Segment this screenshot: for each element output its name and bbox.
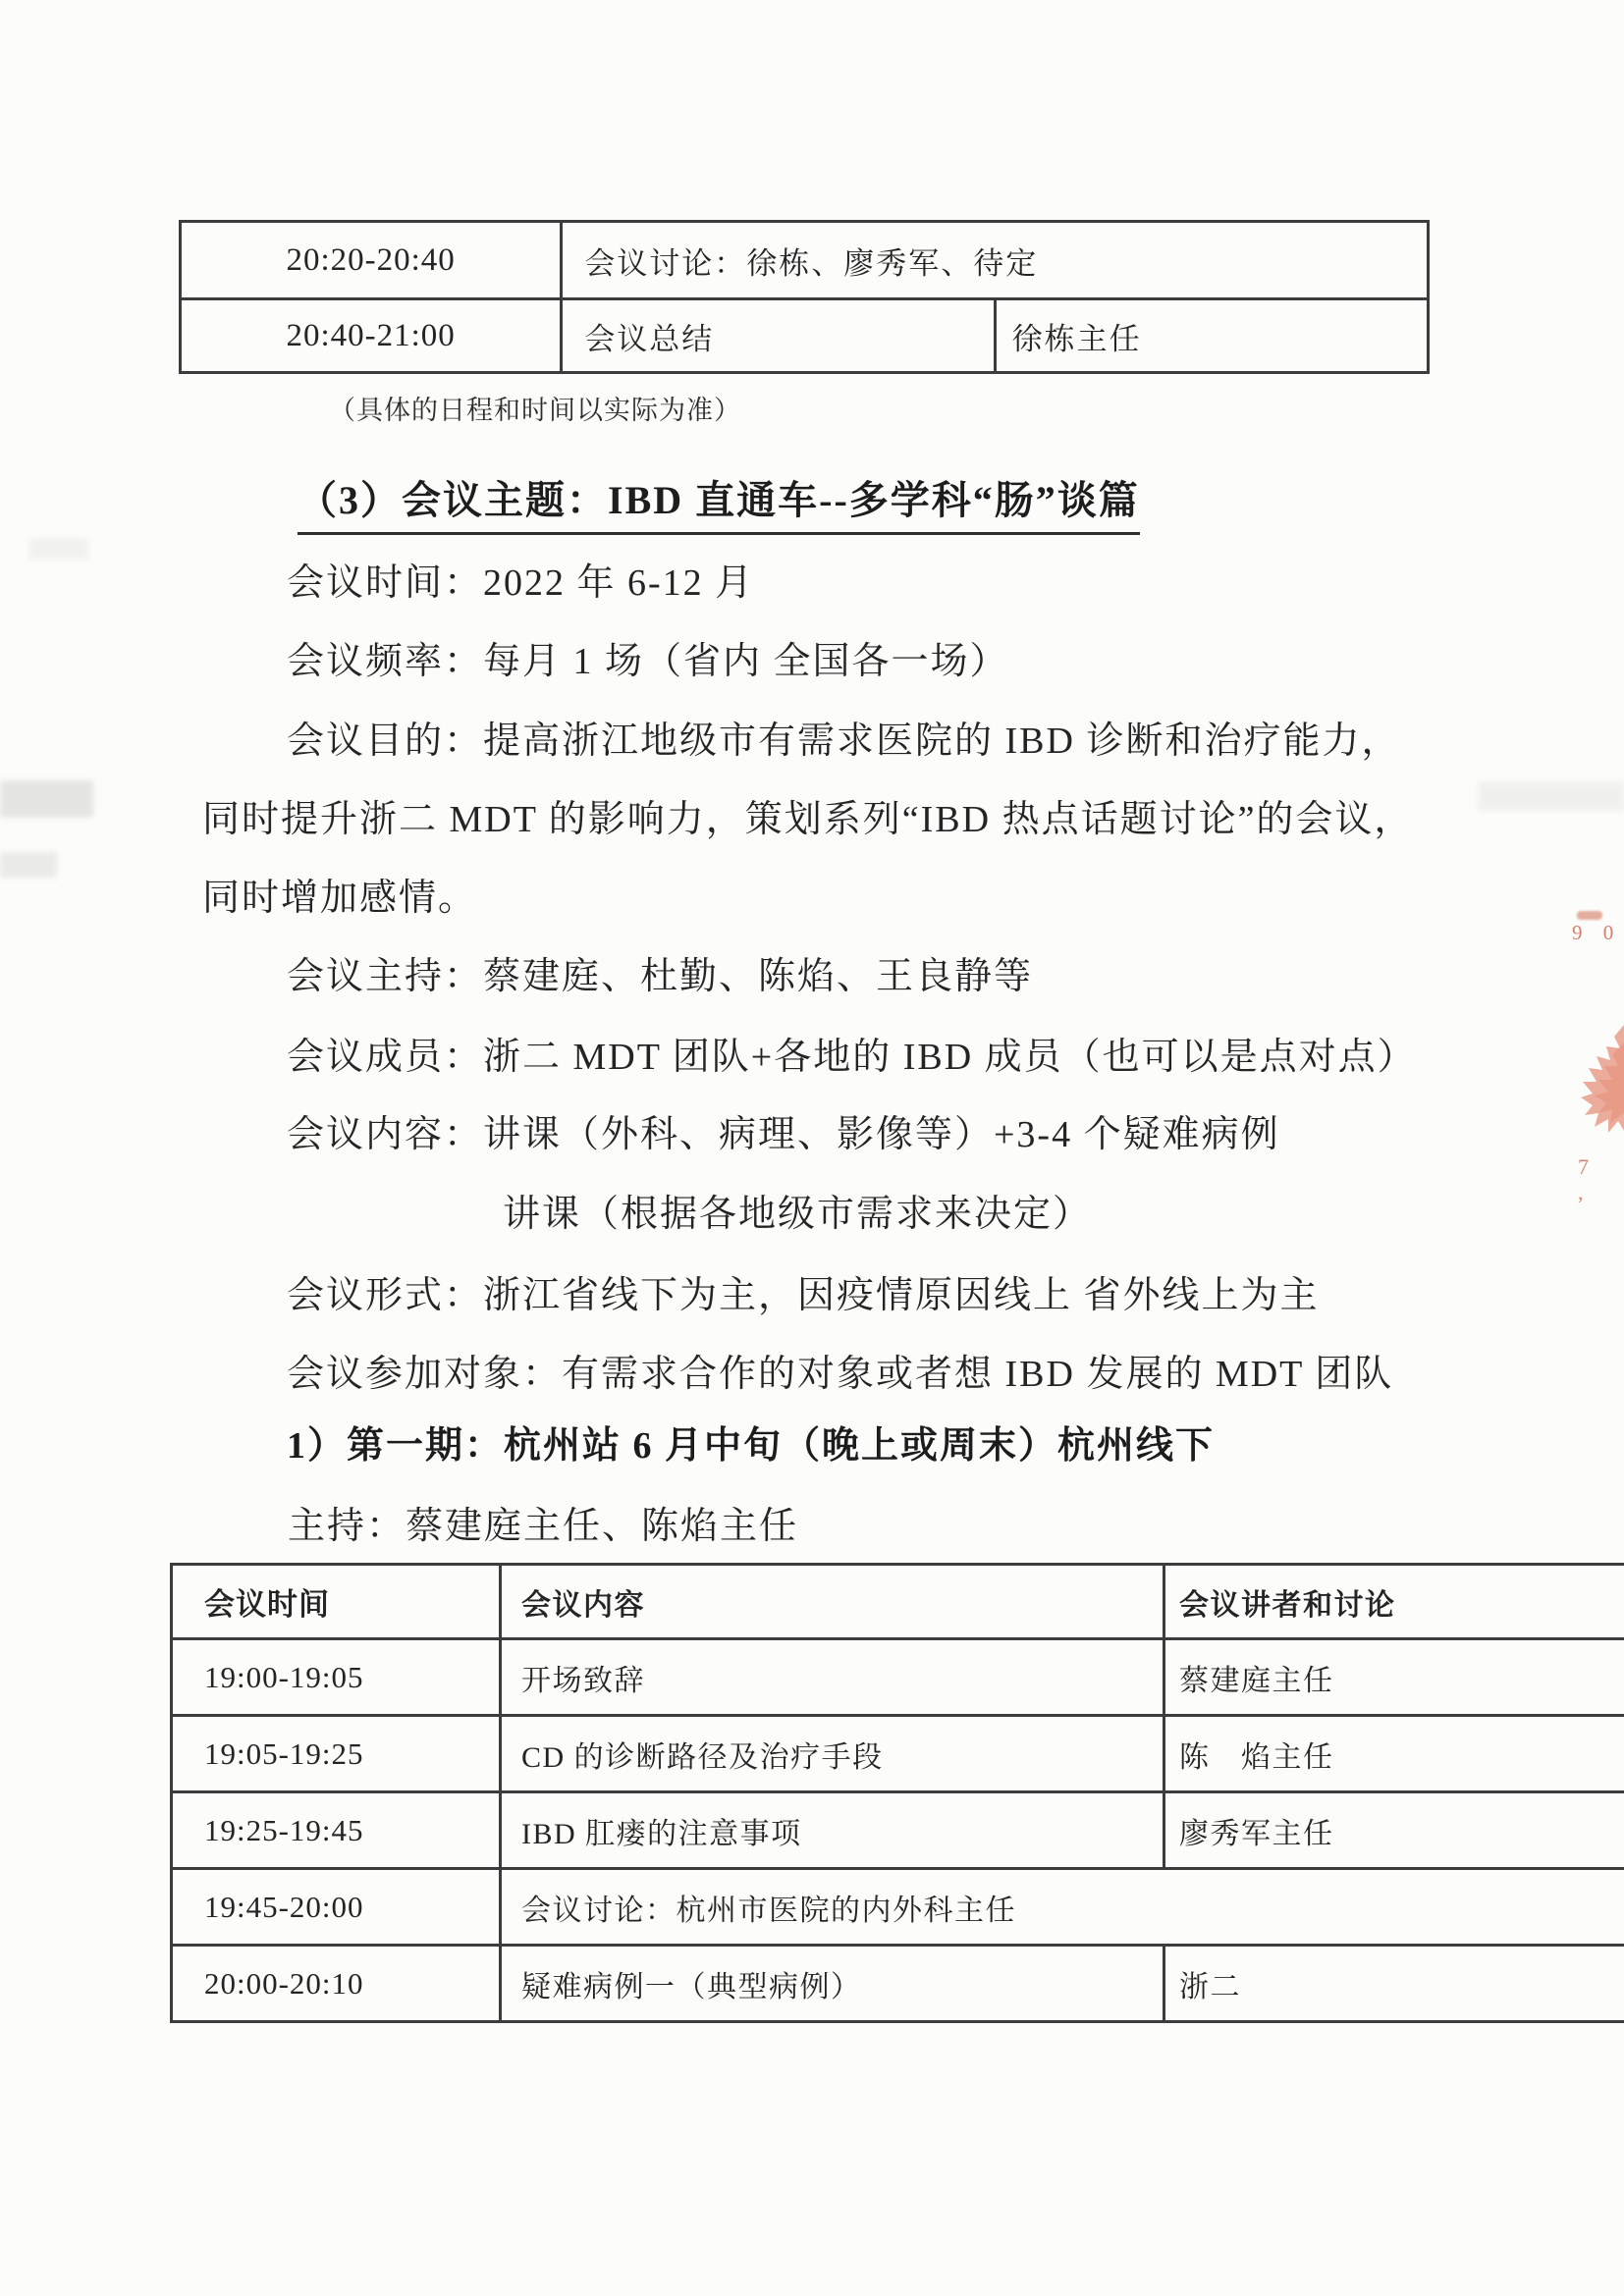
speaker-cell: 陈 焰主任 bbox=[1164, 1716, 1624, 1792]
red-seal-fragment-icon bbox=[1563, 1023, 1624, 1139]
table-row: 20:40-21:00 会议总结 徐栋主任 bbox=[181, 299, 1429, 373]
red-stamp-digit: 7 , bbox=[1578, 1154, 1624, 1205]
content-cell: 疑难病例一（典型病例） bbox=[501, 1946, 1164, 2022]
scan-smudge bbox=[29, 538, 88, 560]
table-row: 20:20-20:40 会议讨论：徐栋、廖秀军、待定 bbox=[181, 222, 1429, 299]
table-row: 19:25-19:45 IBD 肛瘘的注意事项 廖秀军主任 bbox=[172, 1792, 1624, 1869]
time-cell: 19:05-19:25 bbox=[172, 1716, 501, 1792]
detail-members: 会议成员：浙二 MDT 团队+各地的 IBD 成员（也可以是点对点） bbox=[287, 1026, 1417, 1080]
red-ink-smear bbox=[1577, 911, 1602, 920]
time-cell: 19:25-19:45 bbox=[172, 1792, 501, 1869]
scan-smudge bbox=[0, 852, 57, 878]
section-heading: （3）会议主题：IBD 直通车--多学科“肠”谈篇 bbox=[298, 469, 1140, 535]
table-row: 19:00-19:05 开场致辞 蔡建庭主任 bbox=[172, 1639, 1624, 1716]
agenda-table: 会议时间 会议内容 会议讲者和讨论 19:00-19:05 开场致辞 蔡建庭主任… bbox=[170, 1563, 1624, 2023]
session1-heading: 1）第一期：杭州站 6 月中旬（晚上或周末）杭州线下 bbox=[287, 1415, 1215, 1468]
detail-purpose-line2: 同时提升浙二 MDT 的影响力，策划系列“IBD 热点话题讨论”的会议， bbox=[202, 788, 1413, 842]
speaker-cell: 浙二 bbox=[1164, 1946, 1624, 2022]
table-row: 19:05-19:25 CD 的诊断路径及治疗手段 陈 焰主任 bbox=[172, 1716, 1624, 1792]
schedule-table-top: 20:20-20:40 会议讨论：徐栋、廖秀军、待定 20:40-21:00 会… bbox=[179, 220, 1430, 374]
detail-meeting-time: 会议时间：2022 年 6-12 月 bbox=[287, 552, 754, 606]
header-speaker: 会议讲者和讨论 bbox=[1164, 1565, 1624, 1639]
content-cell: IBD 肛瘘的注意事项 bbox=[501, 1792, 1164, 1869]
header-time: 会议时间 bbox=[172, 1565, 501, 1639]
table-header-row: 会议时间 会议内容 会议讲者和讨论 bbox=[172, 1565, 1624, 1639]
detail-hosts: 会议主持：蔡建庭、杜勤、陈焰、王良静等 bbox=[287, 945, 1033, 999]
detail-content-line1: 会议内容：讲课（外科、病理、影像等）+3-4 个疑难病例 bbox=[287, 1103, 1280, 1157]
table-row: 19:45-20:00 会议讨论：杭州市医院的内外科主任 bbox=[172, 1869, 1624, 1946]
content-cell: 会议讨论：徐栋、廖秀军、待定 bbox=[562, 222, 1429, 299]
detail-purpose-line1: 会议目的：提高浙江地级市有需求医院的 IBD 诊断和治疗能力， bbox=[287, 710, 1400, 764]
scan-smudge bbox=[1478, 781, 1624, 811]
detail-participants: 会议参加对象：有需求合作的对象或者想 IBD 发展的 MDT 团队 bbox=[287, 1343, 1393, 1397]
time-cell: 20:20-20:40 bbox=[181, 222, 562, 299]
content-cell: 会议总结 bbox=[562, 299, 995, 373]
scan-smudge bbox=[0, 780, 93, 818]
detail-meeting-frequency: 会议频率：每月 1 场（省内 全国各一场） bbox=[287, 630, 1009, 684]
speaker-cell: 徐栋主任 bbox=[995, 299, 1428, 373]
table-row: 20:00-20:10 疑难病例一（典型病例） 浙二 bbox=[172, 1946, 1624, 2022]
session1-host-line: 主持：蔡建庭主任、陈焰主任 bbox=[288, 1495, 798, 1549]
time-cell: 20:00-20:10 bbox=[172, 1946, 501, 2022]
detail-content-line2: 讲课（根据各地级市需求来决定） bbox=[503, 1183, 1092, 1237]
content-cell: 会议讨论：杭州市医院的内外科主任 bbox=[501, 1869, 1624, 1946]
red-stamp-digits: 9 0 bbox=[1572, 921, 1621, 945]
header-content: 会议内容 bbox=[501, 1565, 1164, 1639]
content-cell: 开场致辞 bbox=[501, 1639, 1164, 1716]
content-cell: CD 的诊断路径及治疗手段 bbox=[501, 1716, 1164, 1792]
schedule-note: （具体的日程和时间以实际为准） bbox=[329, 389, 741, 427]
document-page: 20:20-20:40 会议讨论：徐栋、廖秀军、待定 20:40-21:00 会… bbox=[0, 0, 1624, 2296]
time-cell: 19:45-20:00 bbox=[172, 1869, 501, 1946]
speaker-cell: 蔡建庭主任 bbox=[1164, 1639, 1624, 1716]
detail-purpose-line3: 同时增加感情。 bbox=[202, 867, 477, 921]
time-cell: 20:40-21:00 bbox=[181, 299, 562, 373]
speaker-cell: 廖秀军主任 bbox=[1164, 1792, 1624, 1869]
detail-format: 会议形式：浙江省线下为主，因疫情原因线上 省外线上为主 bbox=[287, 1264, 1320, 1318]
time-cell: 19:00-19:05 bbox=[172, 1639, 501, 1716]
